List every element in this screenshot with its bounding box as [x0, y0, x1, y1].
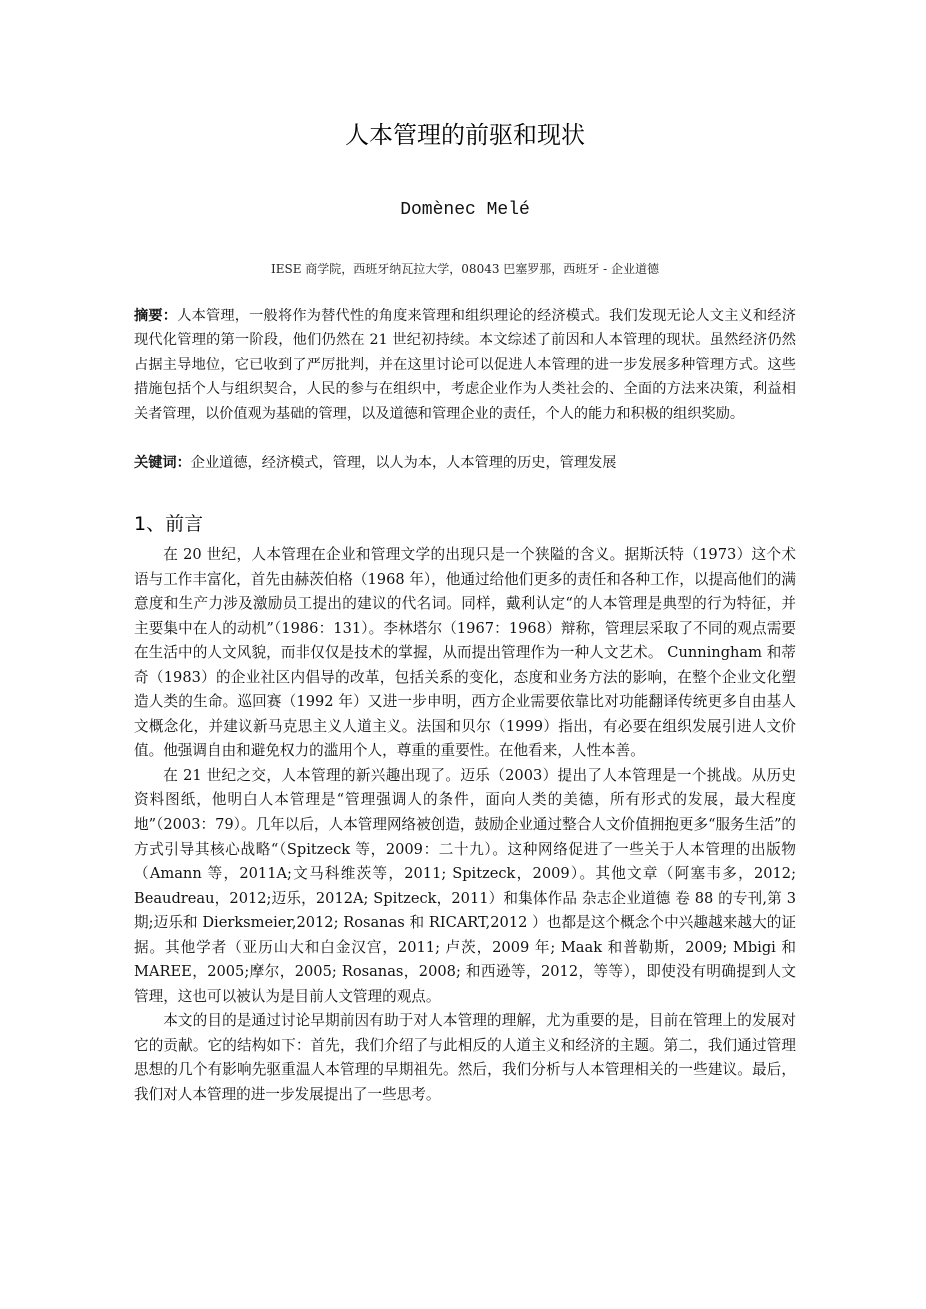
- section-body-introduction: 在 20 世纪，人本管理在企业和管理文学的出现只是一个狭隘的含义。据斯沃特（19…: [134, 543, 796, 1108]
- paragraph: 在 21 世纪之交，人本管理的新兴趣出现了。迈乐（2003）提出了人本管理是一个…: [134, 764, 796, 1009]
- author-name: Domènec Melé: [134, 196, 796, 224]
- abstract: 摘要：人本管理，一般将作为替代性的角度来管理和组织理论的经济模式。我们发现无论人…: [134, 304, 796, 426]
- paragraph: 本文的目的是通过讨论早期前因有助于对人本管理的理解，尤为重要的是，目前在管理上的…: [134, 1009, 796, 1107]
- keywords: 关键词：企业道德，经济模式，管理，以人为本，人本管理的历史，管理发展: [134, 451, 796, 475]
- keywords-text: 企业道德，经济模式，管理，以人为本，人本管理的历史，管理发展: [191, 455, 617, 471]
- author-affiliation: IESE 商学院，西班牙纳瓦拉大学，08043 巴塞罗那，西班牙 - 企业道德: [134, 259, 796, 279]
- abstract-label: 摘要：: [134, 308, 177, 324]
- keywords-label: 关键词：: [134, 455, 191, 471]
- section-heading-introduction: 1、前言: [134, 509, 203, 539]
- paper-title: 人本管理的前驱和现状: [134, 118, 796, 152]
- abstract-text: 人本管理，一般将作为替代性的角度来管理和组织理论的经济模式。我们发现无论人文主义…: [134, 308, 796, 422]
- paragraph: 在 20 世纪，人本管理在企业和管理文学的出现只是一个狭隘的含义。据斯沃特（19…: [134, 543, 796, 764]
